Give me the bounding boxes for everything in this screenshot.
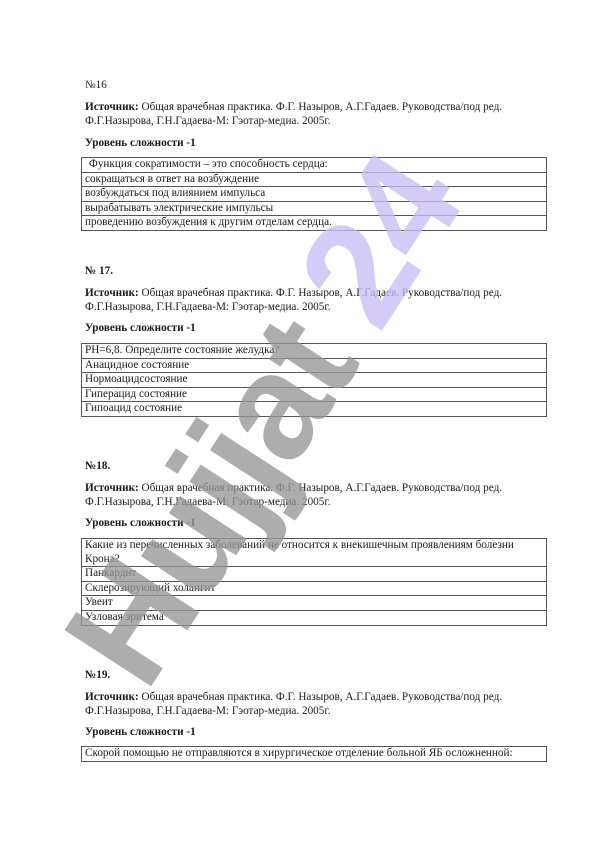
source-label: Источник: xyxy=(85,287,139,299)
table-row: Панкардит xyxy=(82,567,547,582)
table-row: РН=6,8. Определите состояние желудка? xyxy=(82,344,547,359)
answer-option: Анацидное состояние xyxy=(82,358,547,373)
table-row: Гиперацид состояние xyxy=(82,387,547,402)
question-table: Скорой помощью не отправляются в хирурги… xyxy=(81,746,547,762)
difficulty-level: Уровень сложности -1 xyxy=(85,726,196,740)
source-text: Общая врачебная практика. Ф.Г. Назыров, … xyxy=(85,691,502,717)
question-source: Источник: Общая врачебная практика. Ф.Г.… xyxy=(85,691,555,718)
source-text: Общая врачебная практика. Ф.Г. Назыров, … xyxy=(85,482,502,508)
question-text: РН=6,8. Определите состояние желудка? xyxy=(82,344,547,359)
answer-option: Увеит xyxy=(82,596,547,611)
table-row: вырабатывать электрические импульсы xyxy=(82,201,547,216)
question-18: №18. Источник: Общая врачебная практика.… xyxy=(85,460,547,474)
answer-option: Нормоацидсостояние xyxy=(82,373,547,388)
question-text: Функция сократимости – это способность с… xyxy=(82,158,547,173)
question-table: Какие из перечисленных заболеваний не от… xyxy=(81,538,547,626)
question-table: РН=6,8. Определите состояние желудка? Ан… xyxy=(81,343,547,417)
question-19: №19. Источник: Общая врачебная практика.… xyxy=(85,669,547,683)
answer-option: Панкардит xyxy=(82,567,547,582)
difficulty-level: Уровень сложности -1 xyxy=(85,137,196,151)
table-row: возбуждаться под влиянием импульса xyxy=(82,187,547,202)
question-number: № 17. xyxy=(85,265,547,279)
table-row: Функция сократимости – это способность с… xyxy=(82,158,547,173)
table-row: Нормоацидсостояние xyxy=(82,373,547,388)
answer-option: возбуждаться под влиянием импульса xyxy=(82,187,547,202)
source-label: Источник: xyxy=(85,101,139,113)
answer-option: вырабатывать электрические импульсы xyxy=(82,201,547,216)
question-source: Источник: Общая врачебная практика. Ф.Г.… xyxy=(85,482,555,509)
table-row: Увеит xyxy=(82,596,547,611)
table-row: Анацидное состояние xyxy=(82,358,547,373)
question-number: №18. xyxy=(85,460,547,474)
question-number: №16 xyxy=(85,79,547,93)
source-text: Общая врачебная практика. Ф.Г. Назыров, … xyxy=(85,101,502,127)
answer-option: Склерозирующий холангит xyxy=(82,581,547,596)
table-row: Скорой помощью не отправляются в хирурги… xyxy=(82,747,547,762)
answer-option: Узловая эритема xyxy=(82,610,547,625)
table-row: Узловая эритема xyxy=(82,610,547,625)
question-text: Скорой помощью не отправляются в хирурги… xyxy=(82,747,547,762)
question-17: № 17. Источник: Общая врачебная практика… xyxy=(85,265,547,279)
difficulty-level: Уровень сложности -1 xyxy=(85,322,196,336)
source-label: Источник: xyxy=(85,482,139,494)
table-row: проведению возбуждения к другим отделам … xyxy=(82,216,547,231)
source-text: Общая врачебная практика. Ф.Г. Назыров, … xyxy=(85,287,502,313)
table-row: Склерозирующий холангит xyxy=(82,581,547,596)
answer-option: Гипоацид состояние xyxy=(82,402,547,417)
answer-option: проведению возбуждения к другим отделам … xyxy=(82,216,547,231)
question-16: №16 Источник: Общая врачебная практика. … xyxy=(85,79,547,93)
question-number: №19. xyxy=(85,669,547,683)
table-row: Гипоацид состояние xyxy=(82,402,547,417)
table-row: сокращаться в ответ на возбуждение xyxy=(82,172,547,187)
answer-option: Гиперацид состояние xyxy=(82,387,547,402)
question-source: Источник: Общая врачебная практика. Ф.Г.… xyxy=(85,287,555,314)
question-text: Какие из перечисленных заболеваний не от… xyxy=(82,539,547,567)
document-page: №16 Источник: Общая врачебная практика. … xyxy=(0,0,596,842)
difficulty-level: Уровень сложности -1 xyxy=(85,517,196,531)
table-row: Какие из перечисленных заболеваний не от… xyxy=(82,539,547,567)
question-table: Функция сократимости – это способность с… xyxy=(81,157,547,231)
source-label: Источник: xyxy=(85,691,139,703)
question-source: Источник: Общая врачебная практика. Ф.Г.… xyxy=(85,101,555,128)
answer-option: сокращаться в ответ на возбуждение xyxy=(82,172,547,187)
